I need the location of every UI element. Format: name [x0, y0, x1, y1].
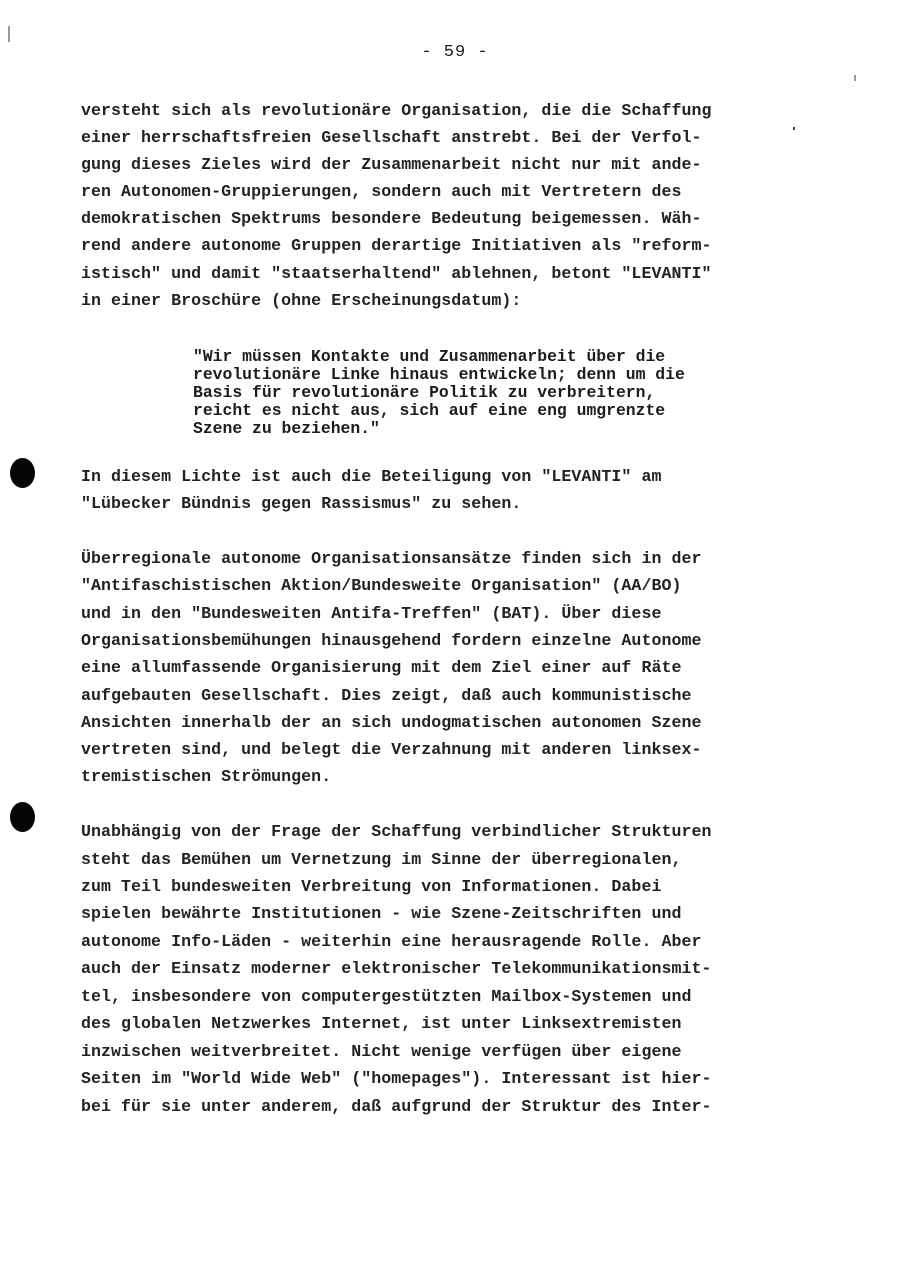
text-line: und in den "Bundesweiten Antifa-Treffen"… — [81, 604, 661, 623]
text-line: Ansichten innerhalb der an sich undogmat… — [81, 713, 702, 732]
text-line: spielen bewährte Institutionen - wie Sze… — [81, 904, 681, 923]
scan-speck — [793, 127, 795, 130]
text-line: Seiten im "World Wide Web" ("homepages")… — [81, 1069, 712, 1088]
text-line: in einer Broschüre (ohne Erscheinungsdat… — [81, 291, 521, 310]
text-line: einer herrschaftsfreien Gesellschaft ans… — [81, 128, 702, 147]
text-line: "Lübecker Bündnis gegen Rassismus" zu se… — [81, 494, 521, 513]
text-line: Organisationsbemühungen hinausgehend for… — [81, 631, 702, 650]
text-line: "Antifaschistischen Aktion/Bundesweite O… — [81, 576, 681, 595]
text-line: Überregionale autonome Organisationsansä… — [81, 549, 702, 568]
document-page: - 59 - versteht sich als revolutionäre O… — [0, 0, 900, 1273]
text-line: versteht sich als revolutionäre Organisa… — [81, 101, 712, 120]
page-number: - 59 - — [0, 43, 900, 62]
text-line: steht das Bemühen um Vernetzung im Sinne… — [81, 850, 681, 869]
text-line: ren Autonomen-Gruppierungen, sondern auc… — [81, 182, 681, 201]
text-line: tel, insbesondere von computergestützten… — [81, 987, 691, 1006]
text-line: zum Teil bundesweiten Verbreitung von In… — [81, 877, 661, 896]
quote-line: "Wir müssen Kontakte und Zusammenarbeit … — [193, 348, 665, 366]
scan-speck — [854, 75, 856, 81]
text-line: vertreten sind, und belegt die Verzahnun… — [81, 740, 702, 759]
quote-line: Basis für revolutionäre Politik zu verbr… — [193, 384, 655, 402]
quote-line: reicht es nicht aus, sich auf eine eng u… — [193, 402, 665, 420]
text-line: gung dieses Zieles wird der Zusammenarbe… — [81, 155, 702, 174]
text-line: rend andere autonome Gruppen derartige I… — [81, 236, 712, 255]
text-line: demokratischen Spektrums besondere Bedeu… — [81, 209, 702, 228]
text-line: inzwischen weitverbreitet. Nicht wenige … — [81, 1042, 681, 1061]
text-line: bei für sie unter anderem, daß aufgrund … — [81, 1097, 712, 1116]
quote-line: revolutionäre Linke hinaus entwickeln; d… — [193, 366, 685, 384]
text-line: des globalen Netzwerkes Internet, ist un… — [81, 1014, 681, 1033]
text-line: In diesem Lichte ist auch die Beteiligun… — [81, 467, 661, 486]
text-line: aufgebauten Gesellschaft. Dies zeigt, da… — [81, 686, 691, 705]
text-line: auch der Einsatz moderner elektronischer… — [81, 959, 712, 978]
text-line: eine allumfassende Organisierung mit dem… — [81, 658, 681, 677]
text-line: autonome Info-Läden - weiterhin eine her… — [81, 932, 702, 951]
text-line: istisch" und damit "staatserhaltend" abl… — [81, 264, 712, 283]
text-line: tremistischen Strömungen. — [81, 767, 331, 786]
text-line: Unabhängig von der Frage der Schaffung v… — [81, 822, 712, 841]
punch-hole-mark — [10, 458, 35, 488]
punch-hole-mark — [10, 802, 35, 832]
scan-margin-mark — [8, 26, 10, 42]
quote-line: Szene zu beziehen." — [193, 420, 380, 438]
